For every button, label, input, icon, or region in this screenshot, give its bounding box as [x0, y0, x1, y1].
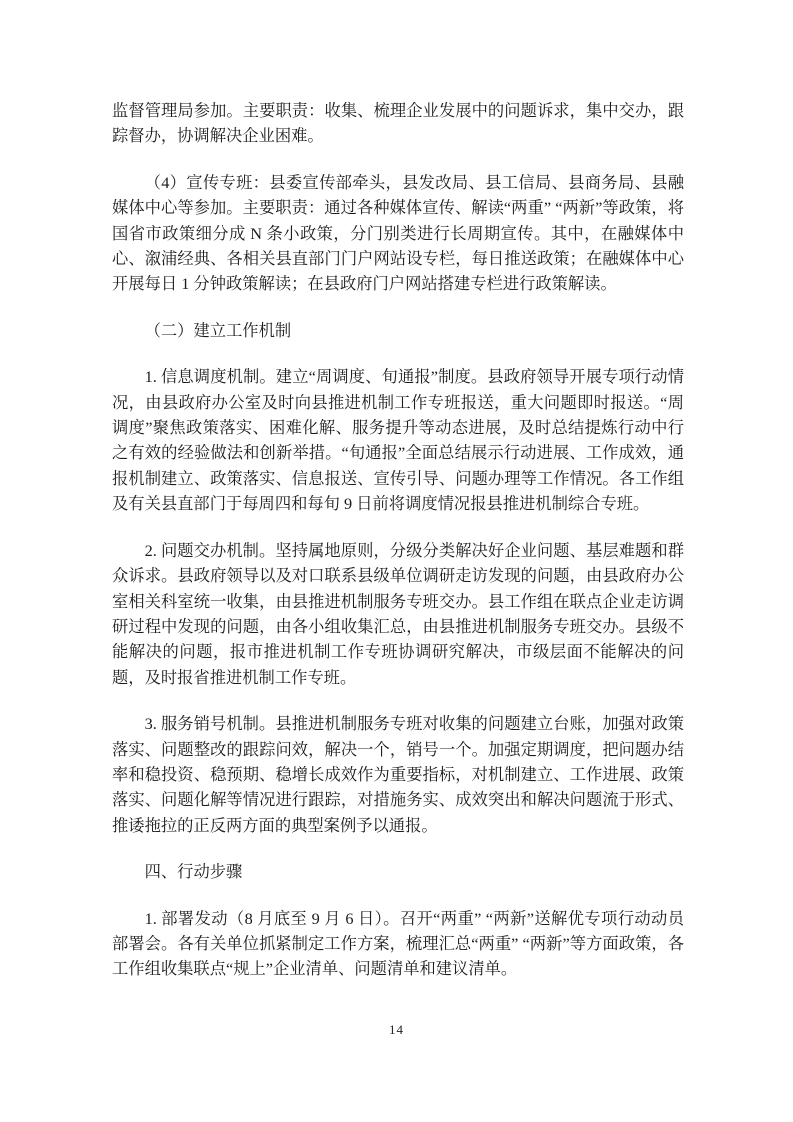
- section-heading: 四、行动步骤: [112, 859, 684, 884]
- body-paragraph: 1. 部署发动（8 月底至 9 月 6 日）。召开“两重” “两新”送解优专项行…: [112, 906, 684, 982]
- body-paragraph: （4）宣传专班：县委宣传部牵头，县发改局、县工信局、县商务局、县融媒体中心等参加…: [112, 170, 684, 297]
- body-paragraph: 3. 服务销号机制。县推进机制服务专班对收集的问题建立台账，加强对政策落实、问题…: [112, 711, 684, 838]
- document-body: 监督管理局参加。主要职责：收集、梳理企业发展中的问题诉求，集中交办，跟踪督办，协…: [112, 98, 684, 982]
- document-page: 监督管理局参加。主要职责：收集、梳理企业发展中的问题诉求，集中交办，跟踪督办，协…: [0, 0, 793, 1122]
- page-number: 14: [0, 1022, 793, 1038]
- body-paragraph: 2. 问题交办机制。坚持属地原则，分级分类解决好企业问题、基层难题和群众诉求。县…: [112, 538, 684, 690]
- body-paragraph: 1. 信息调度机制。建立“周调度、旬通报”制度。县政府领导开展专项行动情况，由县…: [112, 364, 684, 516]
- section-heading: （二）建立工作机制: [112, 318, 684, 343]
- body-paragraph: 监督管理局参加。主要职责：收集、梳理企业发展中的问题诉求，集中交办，跟踪督办，协…: [112, 98, 684, 149]
